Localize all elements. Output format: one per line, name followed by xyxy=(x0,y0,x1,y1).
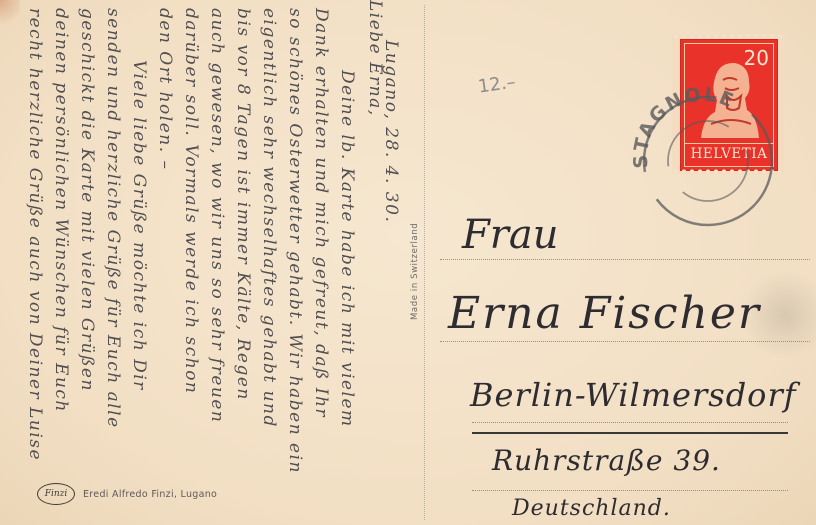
message-line: Viele liebe Grüße möchte ich Dir xyxy=(129,60,149,391)
publisher-name: Eredi Alfredo Finzi, Lugano xyxy=(83,489,217,500)
message-line: so schönes Osterwetter gehabt. Wir haben… xyxy=(285,8,305,474)
svg-text:STAGNOLE: STAGNOLE xyxy=(630,86,739,169)
address-country: Deutschland. xyxy=(512,496,671,521)
center-divider-line xyxy=(424,5,425,520)
made-in-switzerland-label: Made in Switzerland xyxy=(410,223,420,320)
address-dotted-line xyxy=(472,422,788,423)
address-dotted-line xyxy=(472,490,788,491)
message-area: Lugano, 28. 4. 30. Liebe Erna, Deine lb.… xyxy=(0,0,400,525)
city-underline xyxy=(472,432,788,434)
message-line: auch gewesen, wo wir uns so sehr freuen xyxy=(207,8,227,423)
message-line: geschickt die Karte mit vielen Grüßen xyxy=(77,8,97,392)
postcard: Lugano, 28. 4. 30. Liebe Erna, Deine lb.… xyxy=(0,0,816,525)
publisher-imprint: Finzi Eredi Alfredo Finzi, Lugano xyxy=(37,483,217,505)
postmark-town: STAGNOLE xyxy=(630,86,739,169)
message-line: bis vor 8 Tagen ist immer Kälte, Regen xyxy=(233,8,253,401)
address-city: Berlin-Wilmersdorf xyxy=(470,376,797,414)
message-line: den Ort holen. – xyxy=(155,8,175,171)
address-dotted-line xyxy=(440,341,810,342)
address-street: Ruhrstraße 39. xyxy=(492,444,721,477)
message-line: Deine lb. Karte habe ich mit vielem xyxy=(337,70,357,428)
address-recipient-name: Erna Fischer xyxy=(448,288,761,339)
address-dotted-line xyxy=(440,259,810,260)
message-line: darüber soll. Vormals werde ich schon xyxy=(181,8,201,394)
message-line: recht herzliche Grüße auch von Deiner Lu… xyxy=(25,8,45,461)
price-pencil-note: 12.– xyxy=(477,71,517,97)
message-line: Dank erhalten und mich gefreut, daß Ihr xyxy=(311,8,331,418)
message-line: Liebe Erna, xyxy=(365,0,385,117)
message-line: senden und herzliche Grüße für Euch alle xyxy=(103,8,123,429)
finzi-logo-icon: Finzi xyxy=(37,483,75,505)
postmark-cancellation-icon: STAGNOLE xyxy=(628,86,778,236)
message-rotated-block: Lugano, 28. 4. 30. Liebe Erna, Deine lb.… xyxy=(5,0,405,525)
address-salutation: Frau xyxy=(462,212,558,258)
message-line: eigentlich sehr wechselhaftes gehabt und xyxy=(259,8,279,428)
message-line: deinen persönlichen Wünschen für Euch xyxy=(51,8,71,413)
